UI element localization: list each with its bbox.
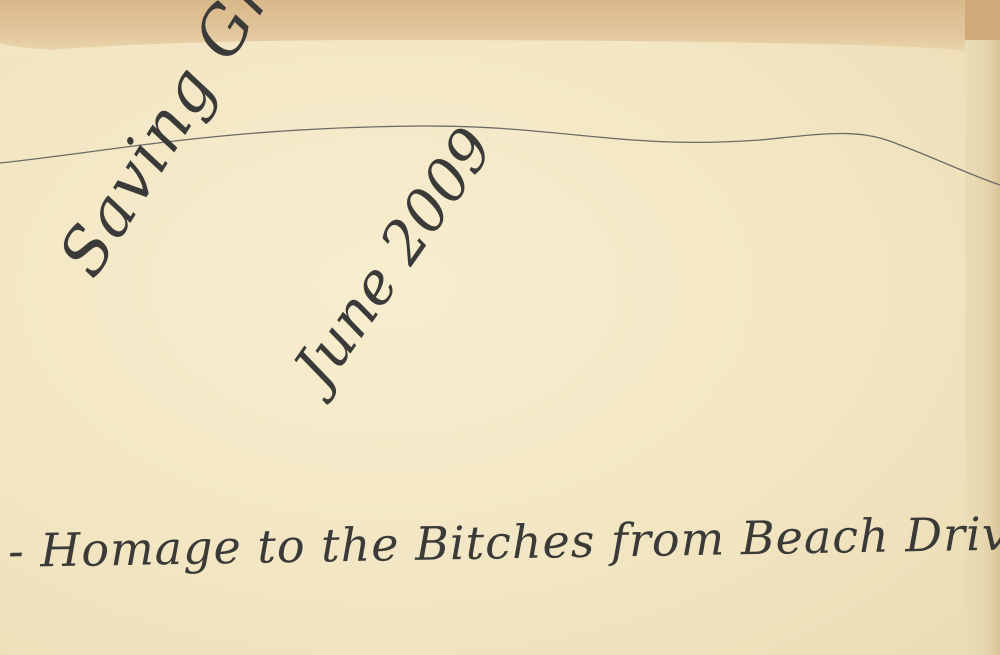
photo-scene: Saving Grace June 2009 - Homage to the B… bbox=[0, 0, 1000, 655]
